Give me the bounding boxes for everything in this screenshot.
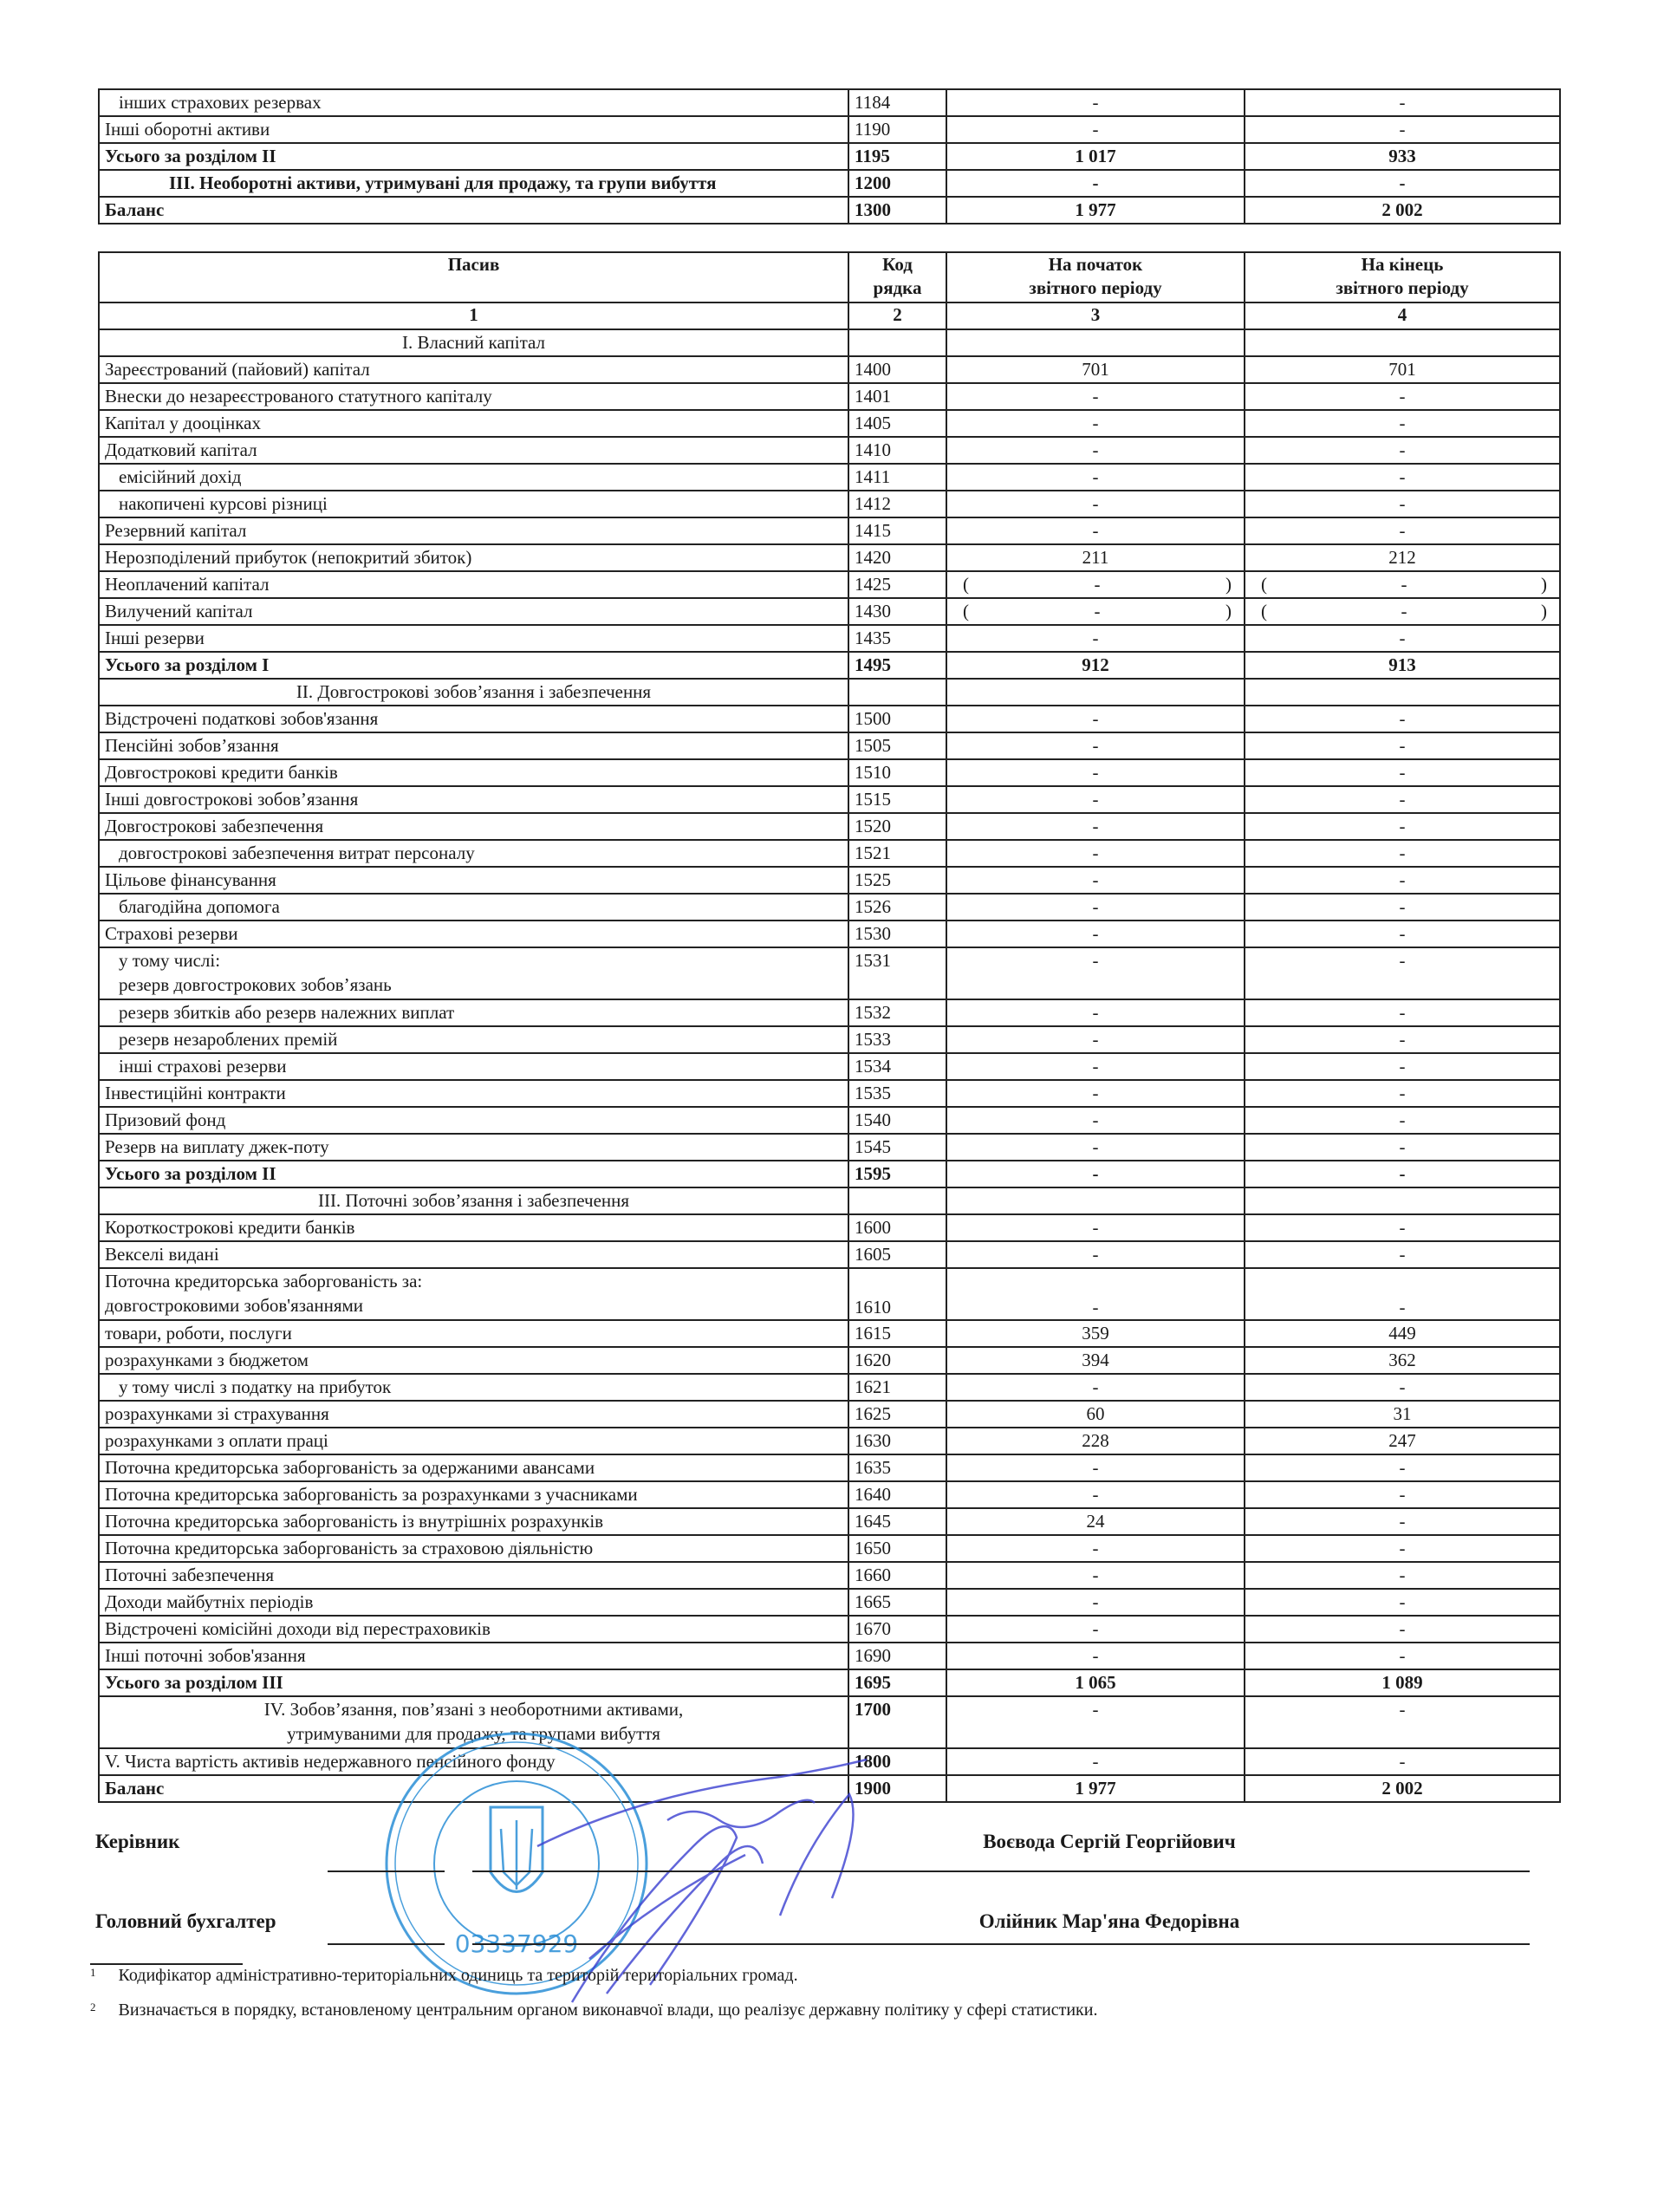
value-end: 449 [1245, 1320, 1560, 1347]
row-code: 1532 [848, 999, 946, 1026]
value-start: - [946, 517, 1245, 544]
empty-cell [1245, 679, 1560, 706]
table-row: Резерв на виплату джек-поту1545-- [99, 1134, 1560, 1161]
footnote-1-number: 1 [90, 1966, 96, 1979]
value-start: - [946, 464, 1245, 491]
row-label-text: Поточна кредиторська заборгованість за р… [105, 1484, 638, 1505]
row-code: 1531 [848, 947, 946, 999]
row-code: 1525 [848, 867, 946, 894]
value-end: - [1245, 1643, 1560, 1669]
table-row: Поточна кредиторська заборгованість за с… [99, 1535, 1560, 1562]
row-label: Неоплачений капітал [99, 571, 848, 598]
row-label-text: Інші резерви [105, 628, 205, 648]
value-start: - [946, 491, 1245, 517]
header-start-period: На початокзвітного періоду [946, 252, 1245, 303]
row-label: Поточна кредиторська заборгованість за р… [99, 1481, 848, 1508]
table-row: Призовий фонд1540-- [99, 1107, 1560, 1134]
value-end: (-) [1245, 571, 1560, 598]
close-paren: ) [1541, 599, 1547, 623]
value-start: - [946, 867, 1245, 894]
value-end: - [1245, 759, 1560, 786]
row-label: інших страхових резервах [99, 89, 848, 116]
table-row: IV. Зобов’язання, пов’язані з необоротни… [99, 1696, 1560, 1748]
table-row: Інші поточні зобов'язання1690-- [99, 1643, 1560, 1669]
value-end: - [1245, 1214, 1560, 1241]
header-row-code: Кодрядка [848, 252, 946, 303]
row-label: Інші резерви [99, 625, 848, 652]
row-label: у тому числі з податку на прибуток [99, 1374, 848, 1401]
section-header-row: III. Поточні зобов’язання і забезпечення [99, 1187, 1560, 1214]
row-code: 1190 [848, 116, 946, 143]
row-label-text: Короткострокові кредити банків [105, 1217, 354, 1238]
row-label: Усього за розділом II [99, 143, 848, 170]
row-label: Поточна кредиторська заборгованість із в… [99, 1508, 848, 1535]
accountant-name-line [472, 1943, 1530, 1945]
row-label: Інші поточні зобов'язання [99, 1643, 848, 1669]
row-code: 1526 [848, 894, 946, 921]
row-label: Поточна кредиторська заборгованість за:д… [99, 1268, 848, 1320]
row-label: Внески до незареєстрованого статутного к… [99, 383, 848, 410]
row-code: 1605 [848, 1241, 946, 1268]
table-row: Інші резерви1435-- [99, 625, 1560, 652]
table-row: розрахунками зі страхування16256031 [99, 1401, 1560, 1428]
value-start: - [946, 1535, 1245, 1562]
header-start-line2: звітного періоду [1029, 277, 1161, 298]
value-start: 1 977 [946, 1775, 1245, 1802]
table-row: Нерозподілений прибуток (непокритий збит… [99, 544, 1560, 571]
row-code: 1520 [848, 813, 946, 840]
row-label: Короткострокові кредити банків [99, 1214, 848, 1241]
row-label: розрахунками з оплати праці [99, 1428, 848, 1454]
row-label-text: Поточна кредиторська заборгованість за с… [105, 1538, 593, 1558]
value-end: - [1245, 1161, 1560, 1187]
parenthesized-value: (-) [952, 599, 1238, 623]
value-end: 913 [1245, 652, 1560, 679]
row-code: 1401 [848, 383, 946, 410]
value-start: - [946, 706, 1245, 732]
header-end-period: На кінецьзвітного періоду [1245, 252, 1560, 303]
row-label-text: товари, роботи, послуги [105, 1323, 292, 1343]
row-label-text: Зареєстрований (пайовий) капітал [105, 359, 370, 380]
value-start: - [946, 383, 1245, 410]
empty-cell [946, 679, 1245, 706]
row-label: Поточна кредиторська заборгованість за о… [99, 1454, 848, 1481]
empty-cell [946, 329, 1245, 356]
value-end: - [1245, 517, 1560, 544]
row-label: Доходи майбутніх періодів [99, 1589, 848, 1616]
row-label: товари, роботи, послуги [99, 1320, 848, 1347]
table-row: у тому числі:резерв довгострокових зобов… [99, 947, 1560, 999]
value-start: 1 977 [946, 197, 1245, 224]
value-end: - [1245, 1696, 1560, 1748]
row-label-text: довгострокові забезпечення витрат персон… [119, 843, 475, 863]
table-row: Цільове фінансування1525-- [99, 867, 1560, 894]
row-code: 1625 [848, 1401, 946, 1428]
value-text: - [1095, 599, 1101, 623]
table-row: Усього за розділом I1495912913 [99, 652, 1560, 679]
row-label: Резервний капітал [99, 517, 848, 544]
empty-cell [1245, 329, 1560, 356]
row-label: Нерозподілений прибуток (непокритий збит… [99, 544, 848, 571]
footnote-2-number: 2 [90, 2001, 96, 2014]
row-label: Довгострокові забезпечення [99, 813, 848, 840]
row-label-text: Неоплачений капітал [105, 574, 269, 595]
row-label: IV. Зобов’язання, пов’язані з необоротни… [99, 1696, 848, 1748]
row-label-text: Інші поточні зобов'язання [105, 1645, 306, 1666]
section-title: II. Довгострокові зобов’язання і забезпе… [99, 679, 848, 706]
table-row: резерв незароблених премій1533-- [99, 1026, 1560, 1053]
row-code: 1200 [848, 170, 946, 197]
table-row: Поточна кредиторська заборгованість за:д… [99, 1268, 1560, 1320]
value-start: - [946, 1161, 1245, 1187]
row-code: 1410 [848, 437, 946, 464]
table-row: товари, роботи, послуги1615359449 [99, 1320, 1560, 1347]
value-end: - [1245, 706, 1560, 732]
value-end: - [1245, 1026, 1560, 1053]
row-label-text: Доходи майбутніх періодів [105, 1591, 313, 1612]
header-start-line1: На початок [1049, 254, 1143, 275]
table-row: Усього за розділом II1595-- [99, 1161, 1560, 1187]
section-title: III. Поточні зобов’язання і забезпечення [99, 1187, 848, 1214]
value-start: 1 017 [946, 143, 1245, 170]
row-label-text: емісійний дохід [119, 466, 241, 487]
value-start: - [946, 921, 1245, 947]
value-end: - [1245, 1481, 1560, 1508]
value-start: - [946, 1053, 1245, 1080]
table-row: Баланс19001 9772 002 [99, 1775, 1560, 1802]
row-code: 1505 [848, 732, 946, 759]
row-label-text: накопичені курсові різниці [119, 493, 328, 514]
value-start: - [946, 1616, 1245, 1643]
row-code: 1425 [848, 571, 946, 598]
table-row: Поточні забезпечення1660-- [99, 1562, 1560, 1589]
value-end: - [1245, 894, 1560, 921]
row-label-text: резерв незароблених премій [119, 1029, 337, 1050]
value-start: - [946, 999, 1245, 1026]
value-start: - [946, 410, 1245, 437]
row-code: 1640 [848, 1481, 946, 1508]
value-start: - [946, 625, 1245, 652]
row-label-text-line2: резерв довгострокових зобов’язань [119, 974, 392, 995]
value-start: - [946, 1268, 1245, 1320]
row-label: Додатковий капітал [99, 437, 848, 464]
footnote-2: 2Визначається в порядку, встановленому ц… [90, 2001, 1097, 2020]
row-label-text: Вилучений капітал [105, 601, 253, 621]
row-code: 1500 [848, 706, 946, 732]
value-end: - [1245, 1241, 1560, 1268]
row-code: 1545 [848, 1134, 946, 1161]
table-row: Доходи майбутніх періодів1665-- [99, 1589, 1560, 1616]
table-row: розрахунками з бюджетом1620394362 [99, 1347, 1560, 1374]
value-end: - [1245, 786, 1560, 813]
table-row: у тому числі з податку на прибуток1621-- [99, 1374, 1560, 1401]
row-code: 1415 [848, 517, 946, 544]
row-label-text: Призовий фонд [105, 1109, 225, 1130]
row-label-text: Довгострокові забезпечення [105, 816, 323, 836]
value-start: - [946, 1481, 1245, 1508]
value-end: - [1245, 491, 1560, 517]
value-start: - [946, 1643, 1245, 1669]
row-code: 1620 [848, 1347, 946, 1374]
value-end: - [1245, 1535, 1560, 1562]
row-code: 1660 [848, 1562, 946, 1589]
value-end: 212 [1245, 544, 1560, 571]
row-label: накопичені курсові різниці [99, 491, 848, 517]
value-start: - [946, 1080, 1245, 1107]
close-paren: ) [1541, 572, 1547, 596]
row-code: 1600 [848, 1214, 946, 1241]
value-end: - [1245, 867, 1560, 894]
row-label: Усього за розділом III [99, 1669, 848, 1696]
table-row: Резервний капітал1415-- [99, 517, 1560, 544]
value-end: - [1245, 1134, 1560, 1161]
table-row: Усього за розділом II11951 017933 [99, 143, 1560, 170]
value-end: - [1245, 116, 1560, 143]
row-label-text: Поточна кредиторська заборгованість за о… [105, 1457, 595, 1478]
row-label: довгострокові забезпечення витрат персон… [99, 840, 848, 867]
row-code: 1630 [848, 1428, 946, 1454]
value-end: 247 [1245, 1428, 1560, 1454]
empty-cell [946, 1187, 1245, 1214]
value-start: 701 [946, 356, 1245, 383]
row-label-text: Інші довгострокові зобов’язання [105, 789, 358, 810]
row-label-text: Усього за розділом III [105, 1672, 283, 1693]
value-start: - [946, 437, 1245, 464]
row-code: 1184 [848, 89, 946, 116]
value-start: - [946, 894, 1245, 921]
value-start: - [946, 1134, 1245, 1161]
row-label-text: інші страхові резерви [119, 1056, 286, 1077]
section-header-row: I. Власний капітал [99, 329, 1560, 356]
row-code: 1430 [848, 598, 946, 625]
table-row: Короткострокові кредити банків1600-- [99, 1214, 1560, 1241]
row-label: Відстрочені податкові зобов'язання [99, 706, 848, 732]
value-end: - [1245, 437, 1560, 464]
parenthesized-value: (-) [1251, 599, 1554, 623]
header-end-line2: звітного періоду [1336, 277, 1468, 298]
value-end: 2 002 [1245, 197, 1560, 224]
row-code: 1435 [848, 625, 946, 652]
value-end: - [1245, 170, 1560, 197]
chief-accountant-label: Головний бухгалтер [95, 1910, 276, 1933]
table-row: Поточна кредиторська заборгованість із в… [99, 1508, 1560, 1535]
table-row: III. Необоротні активи, утримувані для п… [99, 170, 1560, 197]
row-code: 1645 [848, 1508, 946, 1535]
row-label-text: Відстрочені податкові зобов'язання [105, 708, 378, 729]
row-code: 1411 [848, 464, 946, 491]
row-code: 1650 [848, 1535, 946, 1562]
row-label: розрахунками з бюджетом [99, 1347, 848, 1374]
table-row: Вилучений капітал1430(-)(-) [99, 598, 1560, 625]
table-row: Відстрочені податкові зобов'язання1500-- [99, 706, 1560, 732]
table-row: емісійний дохід1411-- [99, 464, 1560, 491]
row-label-text: Довгострокові кредити банків [105, 762, 338, 783]
value-end: - [1245, 1562, 1560, 1589]
value-start: - [946, 1026, 1245, 1053]
value-end: - [1245, 1508, 1560, 1535]
row-code: 1300 [848, 197, 946, 224]
value-end: - [1245, 383, 1560, 410]
row-code: 1521 [848, 840, 946, 867]
row-label: Поточна кредиторська заборгованість за с… [99, 1535, 848, 1562]
row-code: 1412 [848, 491, 946, 517]
value-end: - [1245, 840, 1560, 867]
table-row: Відстрочені комісійні доходи від перестр… [99, 1616, 1560, 1643]
value-end: - [1245, 1107, 1560, 1134]
row-label: Відстрочені комісійні доходи від перестр… [99, 1616, 848, 1643]
table-row: Внески до незареєстрованого статутного к… [99, 383, 1560, 410]
row-label: благодійна допомога [99, 894, 848, 921]
value-start: - [946, 732, 1245, 759]
table-row: Баланс13001 9772 002 [99, 197, 1560, 224]
row-label-text: Резервний капітал [105, 520, 246, 541]
table-row: резерв збитків або резерв належних випла… [99, 999, 1560, 1026]
row-label: Зареєстрований (пайовий) капітал [99, 356, 848, 383]
row-label-text: Нерозподілений прибуток (непокритий збит… [105, 547, 471, 568]
footnote-1-text: Кодифікатор адміністративно-територіальн… [119, 1966, 798, 1985]
table-row: Довгострокові кредити банків1510-- [99, 759, 1560, 786]
row-code: 1635 [848, 1454, 946, 1481]
liabilities-table: Пасив Кодрядка На початокзвітного період… [98, 251, 1561, 1803]
value-start: 1 065 [946, 1669, 1245, 1696]
table-row: Пенсійні зобов’язання1505-- [99, 732, 1560, 759]
row-label: Страхові резерви [99, 921, 848, 947]
table-row: Векселі видані1605-- [99, 1241, 1560, 1268]
director-name-line [472, 1870, 1530, 1872]
row-label: інші страхові резерви [99, 1053, 848, 1080]
table-row: Капітал у дооцінках1405-- [99, 410, 1560, 437]
column-number-3: 3 [946, 303, 1245, 329]
open-paren: ( [963, 572, 969, 596]
row-label: Цільове фінансування [99, 867, 848, 894]
row-code: 1495 [848, 652, 946, 679]
row-label: Інші оборотні активи [99, 116, 848, 143]
table-row: Поточна кредиторська заборгованість за р… [99, 1481, 1560, 1508]
value-start: - [946, 786, 1245, 813]
row-label-text: Поточна кредиторська заборгованість із в… [105, 1511, 603, 1532]
row-code: 1195 [848, 143, 946, 170]
table-row: Усього за розділом III16951 0651 089 [99, 1669, 1560, 1696]
row-code: 1400 [848, 356, 946, 383]
table-row: Довгострокові забезпечення1520-- [99, 813, 1560, 840]
value-start: - [946, 1748, 1245, 1775]
header-liabilities: Пасив [99, 252, 848, 303]
close-paren: ) [1225, 572, 1232, 596]
row-code: 1405 [848, 410, 946, 437]
row-label: Поточні забезпечення [99, 1562, 848, 1589]
table-row: V. Чиста вартість активів недержавного п… [99, 1748, 1560, 1775]
empty-cell [848, 1187, 946, 1214]
chief-accountant-name: Олійник Мар'яна Федорівна [763, 1910, 1456, 1933]
value-start: - [946, 1589, 1245, 1616]
row-label: Резерв на виплату джек-поту [99, 1134, 848, 1161]
table-row: інших страхових резервах1184-- [99, 89, 1560, 116]
empty-cell [1245, 1187, 1560, 1214]
value-start: 228 [946, 1428, 1245, 1454]
value-start: - [946, 89, 1245, 116]
row-label: Усього за розділом II [99, 1161, 848, 1187]
row-label-text-line2: утримуваними для продажу, та групами виб… [287, 1723, 660, 1744]
row-label-text: Внески до незареєстрованого статутного к… [105, 386, 492, 407]
value-start: 60 [946, 1401, 1245, 1428]
value-text: - [1095, 572, 1101, 596]
director-name: Воєвода Сергій Георгійович [763, 1831, 1456, 1853]
row-label-text: у тому числі з податку на прибуток [119, 1376, 391, 1397]
row-code: 1533 [848, 1026, 946, 1053]
row-label: Вилучений капітал [99, 598, 848, 625]
row-code: 1665 [848, 1589, 946, 1616]
row-label: резерв збитків або резерв належних випла… [99, 999, 848, 1026]
header-code-line2: рядка [874, 277, 922, 298]
table-row: накопичені курсові різниці1412-- [99, 491, 1560, 517]
value-start: - [946, 1374, 1245, 1401]
row-label: емісійний дохід [99, 464, 848, 491]
row-label: у тому числі:резерв довгострокових зобов… [99, 947, 848, 999]
row-label-text: Усього за розділом II [105, 1163, 276, 1184]
value-end: - [1245, 410, 1560, 437]
row-label: V. Чиста вартість активів недержавного п… [99, 1748, 848, 1775]
row-label: резерв незароблених премій [99, 1026, 848, 1053]
close-paren: ) [1225, 599, 1232, 623]
row-code: 1670 [848, 1616, 946, 1643]
value-end: 933 [1245, 143, 1560, 170]
row-label: Інші довгострокові зобов’язання [99, 786, 848, 813]
row-code: 1510 [848, 759, 946, 786]
value-end: (-) [1245, 598, 1560, 625]
open-paren: ( [1261, 572, 1267, 596]
row-code: 1690 [848, 1643, 946, 1669]
value-end: 362 [1245, 1347, 1560, 1374]
value-end: - [1245, 1616, 1560, 1643]
value-end: - [1245, 999, 1560, 1026]
row-code: 1530 [848, 921, 946, 947]
value-end: 1 089 [1245, 1669, 1560, 1696]
row-label-text: Резерв на виплату джек-поту [105, 1136, 329, 1157]
value-start: - [946, 813, 1245, 840]
table-row: Інші довгострокові зобов’язання1515-- [99, 786, 1560, 813]
value-start: - [946, 1214, 1245, 1241]
value-start: - [946, 1454, 1245, 1481]
value-start: 912 [946, 652, 1245, 679]
table-row: Неоплачений капітал1425(-)(-) [99, 571, 1560, 598]
value-start: - [946, 947, 1245, 999]
assets-table-continuation: інших страхових резервах1184--Інші оборо… [98, 88, 1561, 224]
value-end: - [1245, 813, 1560, 840]
row-label-text: резерв збитків або резерв належних випла… [119, 1002, 454, 1023]
table-row: Зареєстрований (пайовий) капітал14007017… [99, 356, 1560, 383]
value-end: - [1245, 1268, 1560, 1320]
header-code-line1: Код [882, 254, 913, 275]
footnote-rule [90, 1963, 243, 1965]
value-end: - [1245, 1053, 1560, 1080]
value-end: 2 002 [1245, 1775, 1560, 1802]
row-label-text: Поточна кредиторська заборгованість за: [105, 1271, 422, 1291]
row-label: Векселі видані [99, 1241, 848, 1268]
column-number-4: 4 [1245, 303, 1560, 329]
row-label-text: Цільове фінансування [105, 869, 276, 890]
value-start: - [946, 840, 1245, 867]
row-label-text: V. Чиста вартість активів недержавного п… [105, 1751, 556, 1772]
value-end: - [1245, 1080, 1560, 1107]
value-end: - [1245, 1454, 1560, 1481]
row-label: Призовий фонд [99, 1107, 848, 1134]
row-label-text: Усього за розділом I [105, 654, 269, 675]
row-label: Інвестиційні контракти [99, 1080, 848, 1107]
row-code: 1534 [848, 1053, 946, 1080]
row-label-text: Відстрочені комісійні доходи від перестр… [105, 1618, 491, 1639]
value-end: - [1245, 625, 1560, 652]
parenthesized-value: (-) [1251, 572, 1554, 596]
